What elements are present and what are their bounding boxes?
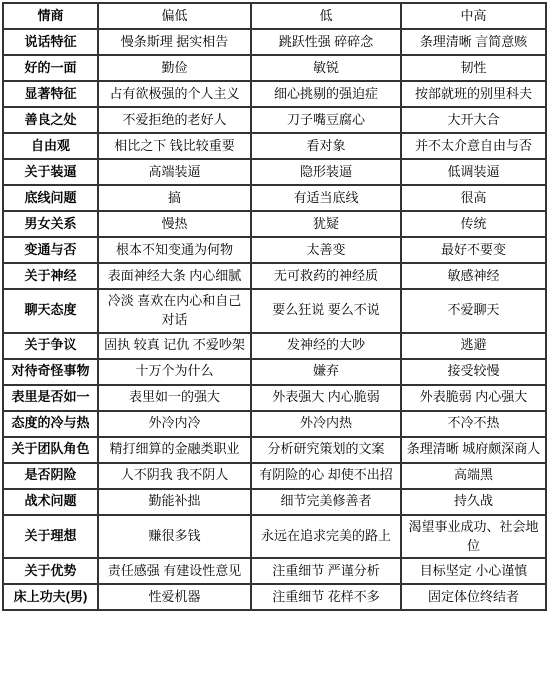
table-cell: 固定体位终结者 xyxy=(401,584,546,610)
table-row: 自由观相比之下 钱比较重要看对象并不太介意自由与否 xyxy=(3,133,546,159)
table-cell: 发神经的大吵 xyxy=(251,333,401,359)
table-row: 关于团队角色精打细算的金融类职业分析研究策划的文案条理清晰 城府颇深商人 xyxy=(3,437,546,463)
table-cell: 表面神经大条 内心细腻 xyxy=(98,263,251,289)
eq-comparison-table: 情商 偏低 低 中高 说话特征慢条斯理 据实相告跳跃性强 碎碎念条理清晰 言简意… xyxy=(2,2,547,611)
table-cell: 敏锐 xyxy=(251,55,401,81)
table-cell: 分析研究策划的文案 xyxy=(251,437,401,463)
header-cell-midhigh: 中高 xyxy=(401,3,546,29)
table-cell: 外冷内冷 xyxy=(98,411,251,437)
table-row: 显著特征占有欲极强的个人主义细心挑剔的强迫症按部就班的别里科夫 xyxy=(3,81,546,107)
table-row: 关于神经表面神经大条 内心细腻无可救药的神经质敏感神经 xyxy=(3,263,546,289)
table-container: 情商 偏低 低 中高 说话特征慢条斯理 据实相告跳跃性强 碎碎念条理清晰 言简意… xyxy=(0,0,550,613)
table-row: 战术问题勤能补拙细节完美修善者持久战 xyxy=(3,489,546,515)
row-label: 表里是否如一 xyxy=(3,385,98,411)
table-cell: 渴望事业成功、社会地位 xyxy=(401,515,546,559)
table-cell: 敏感神经 xyxy=(401,263,546,289)
header-row: 情商 偏低 低 中高 xyxy=(3,3,546,29)
row-label: 关于团队角色 xyxy=(3,437,98,463)
table-cell: 大开大合 xyxy=(401,107,546,133)
table-cell: 按部就班的别里科夫 xyxy=(401,81,546,107)
row-label: 聊天态度 xyxy=(3,289,98,333)
table-cell: 固执 较真 记仇 不爱吵架 xyxy=(98,333,251,359)
table-row: 变通与否根本不知变通为何物太善变最好不要变 xyxy=(3,237,546,263)
table-cell: 慢热 xyxy=(98,211,251,237)
row-label: 战术问题 xyxy=(3,489,98,515)
table-cell: 相比之下 钱比较重要 xyxy=(98,133,251,159)
row-label: 关于优势 xyxy=(3,558,98,584)
table-cell: 赚很多钱 xyxy=(98,515,251,559)
table-cell: 持久战 xyxy=(401,489,546,515)
table-cell: 看对象 xyxy=(251,133,401,159)
row-label: 底线问题 xyxy=(3,185,98,211)
table-cell: 冷淡 喜欢在内心和自己对话 xyxy=(98,289,251,333)
table-cell: 接受较慢 xyxy=(401,359,546,385)
header-cell-low: 低 xyxy=(251,3,401,29)
table-cell: 勤能补拙 xyxy=(98,489,251,515)
row-label: 关于神经 xyxy=(3,263,98,289)
table-cell: 不爱聊天 xyxy=(401,289,546,333)
row-label: 关于争议 xyxy=(3,333,98,359)
row-label: 关于装逼 xyxy=(3,159,98,185)
table-cell: 条理清晰 言简意赅 xyxy=(401,29,546,55)
table-cell: 目标坚定 小心谨慎 xyxy=(401,558,546,584)
table-row: 床上功夫(男)性爱机器注重细节 花样不多固定体位终结者 xyxy=(3,584,546,610)
table-cell: 表里如一的强大 xyxy=(98,385,251,411)
table-cell: 外冷内热 xyxy=(251,411,401,437)
row-label: 是否阴险 xyxy=(3,463,98,489)
table-cell: 犹疑 xyxy=(251,211,401,237)
table-cell: 慢条斯理 据实相告 xyxy=(98,29,251,55)
table-cell: 不冷不热 xyxy=(401,411,546,437)
table-cell: 高端黑 xyxy=(401,463,546,489)
row-label: 态度的冷与热 xyxy=(3,411,98,437)
table-row: 男女关系慢热犹疑传统 xyxy=(3,211,546,237)
table-row: 表里是否如一表里如一的强大外表强大 内心脆弱外表脆弱 内心强大 xyxy=(3,385,546,411)
row-label: 男女关系 xyxy=(3,211,98,237)
row-label: 显著特征 xyxy=(3,81,98,107)
table-cell: 要么狂说 要么不说 xyxy=(251,289,401,333)
table-cell: 外表强大 内心脆弱 xyxy=(251,385,401,411)
table-row: 对待奇怪事物十万个为什么嫌弃接受较慢 xyxy=(3,359,546,385)
table-cell: 勤俭 xyxy=(98,55,251,81)
table-cell: 无可救药的神经质 xyxy=(251,263,401,289)
table-cell: 嫌弃 xyxy=(251,359,401,385)
table-cell: 隐形装逼 xyxy=(251,159,401,185)
row-label: 好的一面 xyxy=(3,55,98,81)
table-cell: 细节完美修善者 xyxy=(251,489,401,515)
row-label: 对待奇怪事物 xyxy=(3,359,98,385)
table-cell: 低调装逼 xyxy=(401,159,546,185)
table-row: 聊天态度冷淡 喜欢在内心和自己对话要么狂说 要么不说不爱聊天 xyxy=(3,289,546,333)
table-row: 关于争议固执 较真 记仇 不爱吵架发神经的大吵逃避 xyxy=(3,333,546,359)
row-label: 关于理想 xyxy=(3,515,98,559)
table-cell: 人不阴我 我不阴人 xyxy=(98,463,251,489)
table-row: 好的一面勤俭敏锐韧性 xyxy=(3,55,546,81)
row-label: 变通与否 xyxy=(3,237,98,263)
table-row: 说话特征慢条斯理 据实相告跳跃性强 碎碎念条理清晰 言简意赅 xyxy=(3,29,546,55)
table-row: 关于理想赚很多钱永远在追求完美的路上渴望事业成功、社会地位 xyxy=(3,515,546,559)
header-cell-low-ish: 偏低 xyxy=(98,3,251,29)
table-cell: 高端装逼 xyxy=(98,159,251,185)
row-label: 善良之处 xyxy=(3,107,98,133)
table-cell: 逃避 xyxy=(401,333,546,359)
table-cell: 有阴险的心 却使不出招 xyxy=(251,463,401,489)
table-cell: 注重细节 严谨分析 xyxy=(251,558,401,584)
table-row: 关于装逼高端装逼隐形装逼低调装逼 xyxy=(3,159,546,185)
header-cell-topic: 情商 xyxy=(3,3,98,29)
table-cell: 太善变 xyxy=(251,237,401,263)
table-cell: 责任感强 有建设性意见 xyxy=(98,558,251,584)
row-label: 自由观 xyxy=(3,133,98,159)
table-row: 关于优势责任感强 有建设性意见注重细节 严谨分析目标坚定 小心谨慎 xyxy=(3,558,546,584)
table-cell: 条理清晰 城府颇深商人 xyxy=(401,437,546,463)
table-row: 态度的冷与热外冷内冷外冷内热不冷不热 xyxy=(3,411,546,437)
table-cell: 注重细节 花样不多 xyxy=(251,584,401,610)
table-cell: 外表脆弱 内心强大 xyxy=(401,385,546,411)
table-cell: 并不太介意自由与否 xyxy=(401,133,546,159)
table-cell: 细心挑剔的强迫症 xyxy=(251,81,401,107)
table-cell: 精打细算的金融类职业 xyxy=(98,437,251,463)
table-cell: 很高 xyxy=(401,185,546,211)
table-cell: 刀子嘴豆腐心 xyxy=(251,107,401,133)
table-cell: 不爱拒绝的老好人 xyxy=(98,107,251,133)
table-cell: 跳跃性强 碎碎念 xyxy=(251,29,401,55)
table-cell: 最好不要变 xyxy=(401,237,546,263)
table-row: 善良之处不爱拒绝的老好人刀子嘴豆腐心大开大合 xyxy=(3,107,546,133)
table-cell: 十万个为什么 xyxy=(98,359,251,385)
table-cell: 韧性 xyxy=(401,55,546,81)
row-label: 说话特征 xyxy=(3,29,98,55)
table-row: 是否阴险人不阴我 我不阴人有阴险的心 却使不出招高端黑 xyxy=(3,463,546,489)
table-cell: 传统 xyxy=(401,211,546,237)
table-cell: 搞 xyxy=(98,185,251,211)
row-label: 床上功夫(男) xyxy=(3,584,98,610)
table-cell: 永远在追求完美的路上 xyxy=(251,515,401,559)
table-cell: 性爱机器 xyxy=(98,584,251,610)
table-row: 底线问题搞有适当底线很高 xyxy=(3,185,546,211)
table-cell: 有适当底线 xyxy=(251,185,401,211)
table-cell: 根本不知变通为何物 xyxy=(98,237,251,263)
table-cell: 占有欲极强的个人主义 xyxy=(98,81,251,107)
